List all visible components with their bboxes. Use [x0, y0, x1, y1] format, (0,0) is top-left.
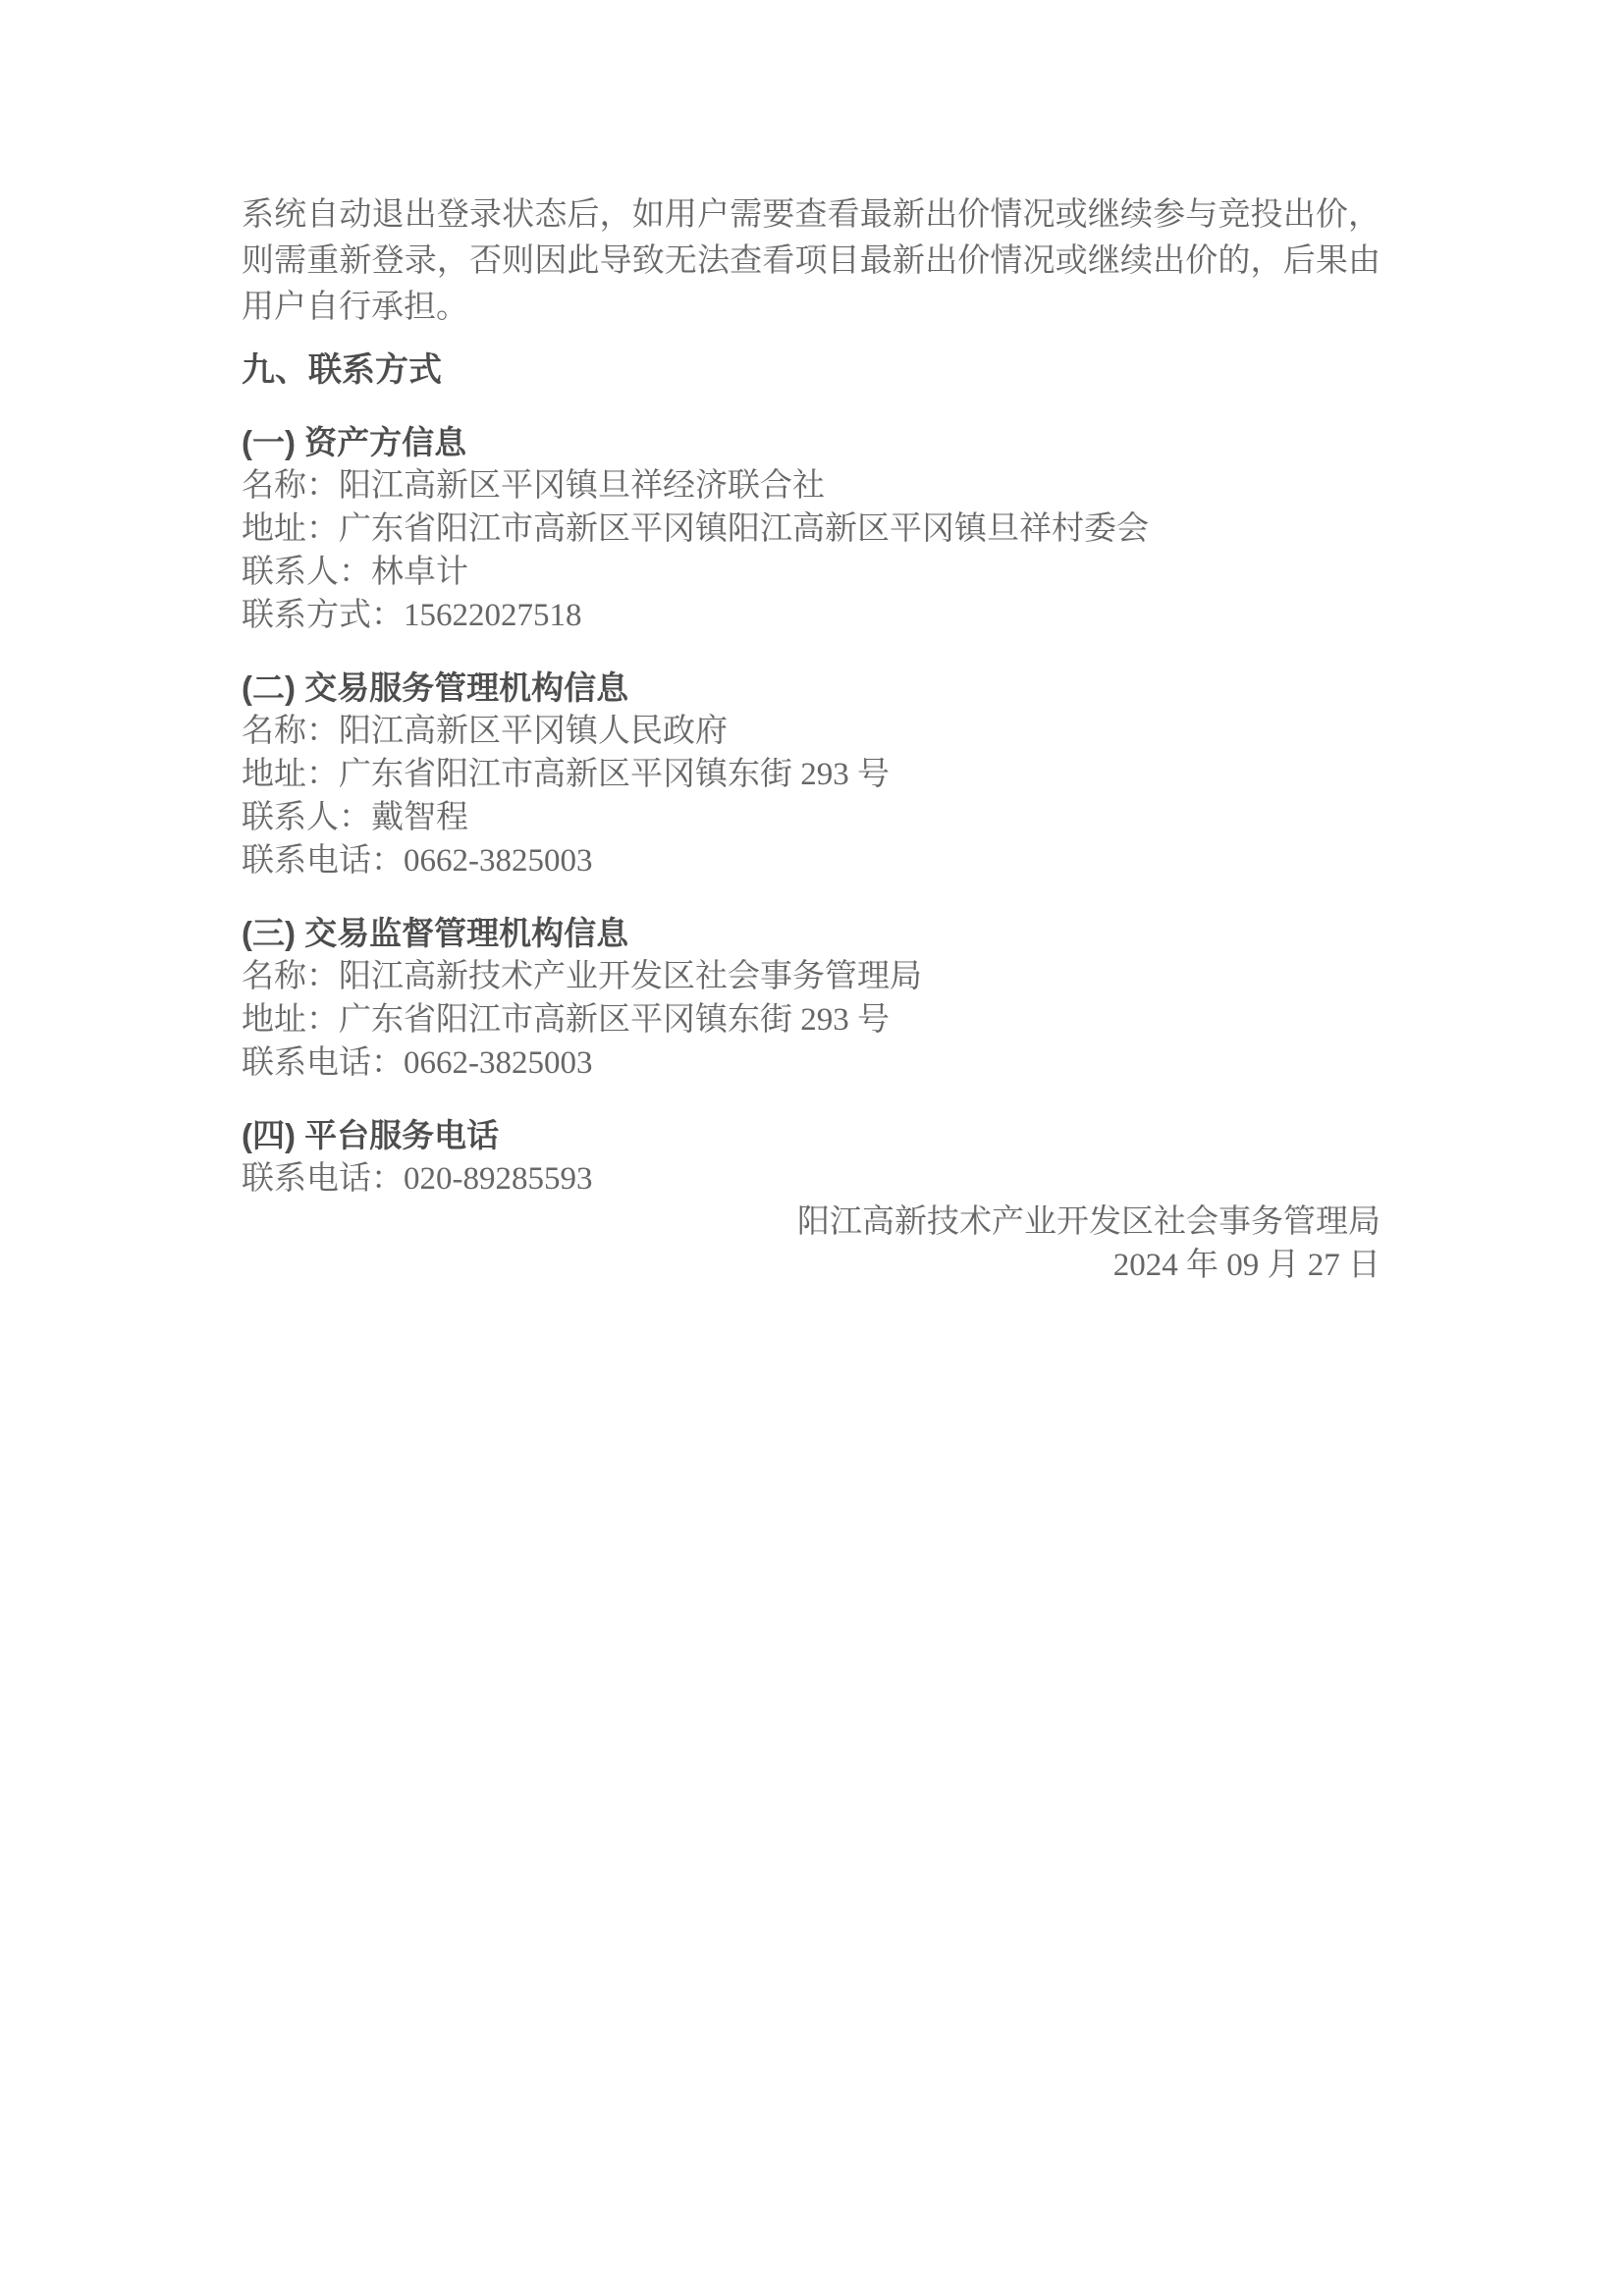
- section-title-contact-methods: 九、联系方式: [242, 348, 1380, 392]
- subsection-trade-supervision-agency: (三) 交易监督管理机构信息 名称：阳江高新技术产业开发区社会事务管理局 地址：…: [242, 912, 1380, 1085]
- trade-supervision-agency-address: 地址：广东省阳江市高新区平冈镇东街 293 号: [242, 998, 1380, 1041]
- signature-organization: 阳江高新技术产业开发区社会事务管理局: [242, 1201, 1380, 1244]
- trade-service-agency-name: 名称：阳江高新区平冈镇人民政府: [242, 710, 1380, 753]
- platform-service-phone: 联系电话：020-89285593: [242, 1157, 1380, 1201]
- subsection-asset-provider: (一) 资产方信息 名称：阳江高新区平冈镇旦祥经济联合社 地址：广东省阳江市高新…: [242, 421, 1380, 637]
- asset-provider-phone: 联系方式：15622027518: [242, 594, 1380, 637]
- subsection-title-trade-supervision-agency: (三) 交易监督管理机构信息: [242, 912, 1380, 955]
- subsection-platform-service: (四) 平台服务电话 联系电话：020-89285593: [242, 1114, 1380, 1201]
- trade-service-agency-contact-person: 联系人：戴智程: [242, 796, 1380, 839]
- signature-block: 阳江高新技术产业开发区社会事务管理局 2024 年 09 月 27 日: [242, 1201, 1380, 1287]
- trade-supervision-agency-name: 名称：阳江高新技术产业开发区社会事务管理局: [242, 955, 1380, 998]
- asset-provider-name: 名称：阳江高新区平冈镇旦祥经济联合社: [242, 464, 1380, 507]
- subsection-title-platform-service: (四) 平台服务电话: [242, 1114, 1380, 1157]
- signature-date: 2024 年 09 月 27 日: [242, 1244, 1380, 1287]
- asset-provider-contact-person: 联系人：林卓计: [242, 551, 1380, 594]
- document-content: 系统自动退出登录状态后，如用户需要查看最新出价情况或继续参与竞投出价，则需重新登…: [242, 192, 1380, 1287]
- subsection-title-trade-service-agency: (二) 交易服务管理机构信息: [242, 667, 1380, 710]
- subsection-trade-service-agency: (二) 交易服务管理机构信息 名称：阳江高新区平冈镇人民政府 地址：广东省阳江市…: [242, 667, 1380, 882]
- subsection-title-asset-provider: (一) 资产方信息: [242, 421, 1380, 464]
- trade-service-agency-phone: 联系电话：0662-3825003: [242, 839, 1380, 882]
- paragraph-logout-notice: 系统自动退出登录状态后，如用户需要查看最新出价情况或继续参与竞投出价，则需重新登…: [242, 192, 1380, 331]
- document-page: 系统自动退出登录状态后，如用户需要查看最新出价情况或继续参与竞投出价，则需重新登…: [0, 0, 1624, 2296]
- trade-service-agency-address: 地址：广东省阳江市高新区平冈镇东街 293 号: [242, 753, 1380, 796]
- asset-provider-address: 地址：广东省阳江市高新区平冈镇阳江高新区平冈镇旦祥村委会: [242, 507, 1380, 551]
- trade-supervision-agency-phone: 联系电话：0662-3825003: [242, 1041, 1380, 1085]
